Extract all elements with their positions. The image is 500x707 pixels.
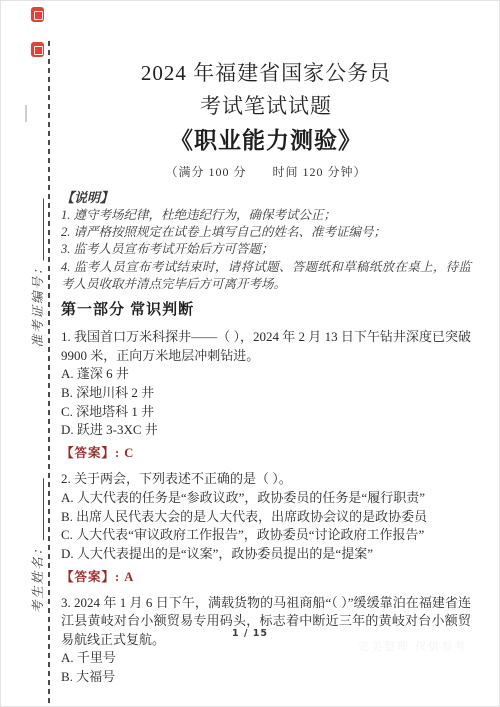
question-stem: 2. 关于两会，下列表述不正确的是（ ）。 [61, 470, 471, 489]
red-seal-icon [31, 42, 44, 57]
exam-id-blank [32, 198, 45, 260]
instruction-item: 2. 请严格按照规定在试卷上填写自己的姓名、准考证编号； [61, 224, 471, 241]
candidate-name-label: 考生姓名： [31, 541, 45, 614]
candidate-name-field: 考生姓名： [28, 479, 46, 614]
candidate-name-blank [32, 479, 45, 541]
option-d: D. 跃进 3-3XC 井 [61, 421, 471, 440]
option-c: C. 深地塔科 1 井 [61, 403, 471, 422]
instruction-item: 4. 监考人员宣布考试结束时，请将试题、答题纸和草稿纸放在桌上，待监考人员收取并… [61, 259, 471, 293]
option-a: A. 蓬深 6 井 [61, 365, 471, 384]
instruction-item: 1. 遵守考场纪律，杜绝违纪行为，确保考试公正； [61, 207, 471, 224]
question-1: 1. 我国首口万米科探井——（ ），2024 年 2 月 13 日下午钻井深度已… [61, 328, 471, 462]
binding-dashed-line [48, 41, 50, 706]
section-heading: 第一部分 常识判断 [61, 300, 471, 320]
exam-paper-page: { "colors": { "answer_red": "#9a2a2a", "… [0, 0, 500, 707]
exam-score-time-subtitle: （满分 100 分 时间 120 分钟） [61, 163, 471, 181]
exam-id-label: 准考证编号： [31, 260, 45, 347]
answer-label: 【答案】: C [61, 444, 471, 462]
answer-label: 【答案】: A [61, 568, 471, 586]
option-d: D. 人大代表提出的是“议案”，政协委员提出的是“提案” [61, 545, 471, 564]
question-stem: 1. 我国首口万米科探井——（ ），2024 年 2 月 13 日下午钻井深度已… [61, 328, 471, 365]
watermark-text: 完美整理 仅供参考 [358, 638, 467, 654]
red-seal-icon [31, 7, 44, 22]
option-a: A. 人大代表的任务是“参政议政”，政协委员的任务是“履行职责” [61, 489, 471, 508]
exam-title-line2: 考试笔试试题 [61, 91, 471, 121]
instruction-item: 3. 监考人员宣布考试开始后方可答题； [61, 241, 471, 258]
option-b: B. 出席人民代表大会的是人大代表，出席政协会议的是政协委员 [61, 508, 471, 527]
exam-content: 2024 年福建省国家公务员 考试笔试试题 《职业能力测验》 （满分 100 分… [61, 1, 471, 706]
option-b: B. 大福号 [61, 668, 471, 687]
scan-artifact-mark [25, 105, 27, 122]
instructions-header: 【说明】 [61, 189, 471, 207]
exam-title-line3: 《职业能力测验》 [61, 124, 471, 156]
exam-title-line1: 2024 年福建省国家公务员 [61, 1, 471, 88]
option-b: B. 深地川科 2 井 [61, 384, 471, 403]
exam-id-field: 准考证编号： [28, 198, 46, 347]
question-2: 2. 关于两会，下列表述不正确的是（ ）。 A. 人大代表的任务是“参政议政”，… [61, 470, 471, 586]
option-c: C. 人大代表“审议政府工作报告”，政协委员“讨论政府工作报告” [61, 526, 471, 545]
instructions-block: 【说明】 1. 遵守考场纪律，杜绝违纪行为，确保考试公正； 2. 请严格按照规定… [61, 189, 471, 293]
